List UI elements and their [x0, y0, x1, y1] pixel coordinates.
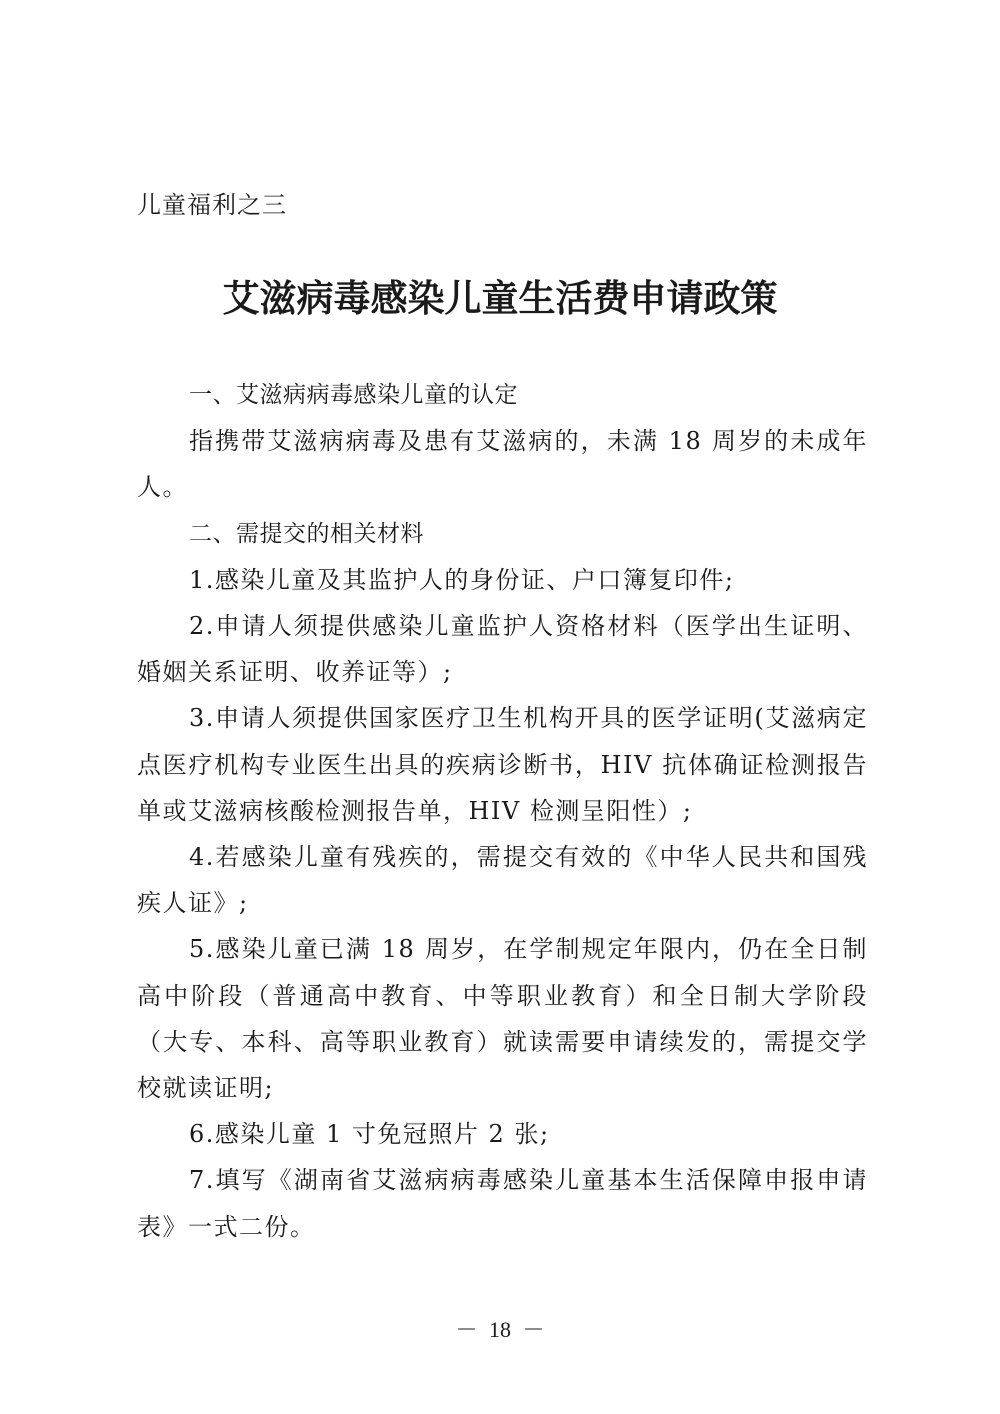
list-item-material-1: 1.感染儿童及其监护人的身份证、户口簿复印件;	[137, 557, 868, 603]
list-item-material-3: 3.申请人须提供国家医疗卫生机构开具的医学证明(艾滋病定点医疗机构专业医生出具的…	[137, 695, 868, 834]
paragraph-definition: 指携带艾滋病病毒及患有艾滋病的，未满 18 周岁的未成年人。	[137, 418, 868, 510]
list-item-material-4: 4.若感染儿童有残疾的，需提交有效的《中华人民共和国残疾人证》;	[137, 834, 868, 926]
document-title: 艾滋病毒感染儿童生活费申请政策	[0, 276, 1000, 320]
document-body: 一、艾滋病病毒感染儿童的认定 指携带艾滋病病毒及患有艾滋病的，未满 18 周岁的…	[137, 372, 868, 1250]
document-page: 儿童福利之三 艾滋病毒感染儿童生活费申请政策 一、艾滋病病毒感染儿童的认定 指携…	[0, 0, 1000, 1414]
list-item-material-7: 7.填写《湖南省艾滋病病毒感染儿童基本生活保障申报申请表》一式二份。	[137, 1157, 868, 1249]
series-label: 儿童福利之三	[137, 190, 287, 220]
list-item-material-6: 6.感染儿童 1 寸免冠照片 2 张;	[137, 1111, 868, 1157]
page-number: － 18 －	[0, 1316, 1000, 1344]
section-heading-2: 二、需提交的相关材料	[137, 511, 868, 557]
section-heading-1: 一、艾滋病病毒感染儿童的认定	[137, 372, 868, 418]
list-item-material-5: 5.感染儿童已满 18 周岁，在学制规定年限内，仍在全日制高中阶段（普通高中教育…	[137, 926, 868, 1111]
list-item-material-2: 2.申请人须提供感染儿童监护人资格材料（医学出生证明、婚姻关系证明、收养证等）;	[137, 603, 868, 695]
